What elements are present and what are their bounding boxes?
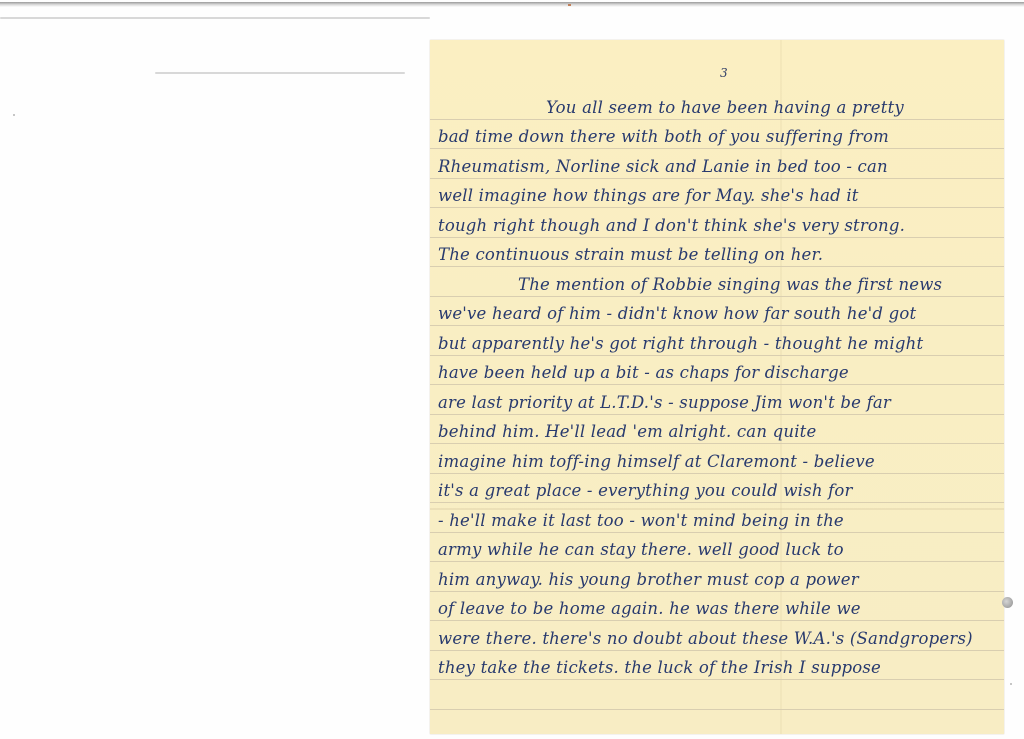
punch-hole-mark bbox=[1002, 597, 1013, 608]
handwritten-line: well imagine how things are for May. she… bbox=[438, 182, 984, 210]
handwritten-line: him anyway. his young brother must cop a… bbox=[438, 566, 984, 594]
handwritten-line: but apparently he's got right through - … bbox=[438, 330, 984, 358]
handwritten-line: Rheumatism, Norline sick and Lanie in be… bbox=[438, 153, 984, 181]
handwritten-line: have been held up a bit - as chaps for d… bbox=[438, 359, 984, 387]
handwritten-line: are last priority at L.T.D.'s - suppose … bbox=[438, 389, 984, 417]
scanned-page: 3 You all seem to have been having a pre… bbox=[0, 0, 1024, 739]
handwritten-line: of leave to be home again. he was there … bbox=[438, 595, 984, 623]
speck bbox=[13, 114, 15, 116]
ruled-line bbox=[430, 709, 1004, 710]
handwritten-line: they take the tickets. the luck of the I… bbox=[438, 654, 984, 682]
handwritten-line: imagine him toff-ing himself at Claremon… bbox=[438, 448, 984, 476]
handwritten-line: tough right though and I don't think she… bbox=[438, 212, 984, 240]
handwritten-line: - he'll make it last too - won't mind be… bbox=[438, 507, 984, 535]
handwritten-line: behind him. He'll lead 'em alright. can … bbox=[438, 418, 984, 446]
handwritten-line: we've heard of him - didn't know how far… bbox=[438, 300, 984, 328]
handwritten-line: The mention of Robbie singing was the fi… bbox=[438, 271, 984, 299]
scanner-top-edge-shadow bbox=[0, 2, 1024, 7]
handwritten-line: it's a great place - everything you coul… bbox=[438, 477, 984, 505]
letter-page: 3 You all seem to have been having a pre… bbox=[430, 40, 1004, 734]
stain-mark bbox=[568, 4, 571, 6]
handwritten-line: bad time down there with both of you suf… bbox=[438, 123, 984, 151]
handwritten-line: were there. there's no doubt about these… bbox=[438, 625, 984, 653]
handwritten-line: The continuous strain must be telling on… bbox=[438, 241, 984, 269]
scanner-smudge bbox=[155, 72, 405, 74]
page-number: 3 bbox=[720, 66, 728, 80]
speck bbox=[1010, 683, 1012, 685]
handwritten-line: You all seem to have been having a prett… bbox=[438, 94, 984, 122]
scanner-smudge bbox=[0, 17, 430, 19]
handwritten-line: army while he can stay there. well good … bbox=[438, 536, 984, 564]
